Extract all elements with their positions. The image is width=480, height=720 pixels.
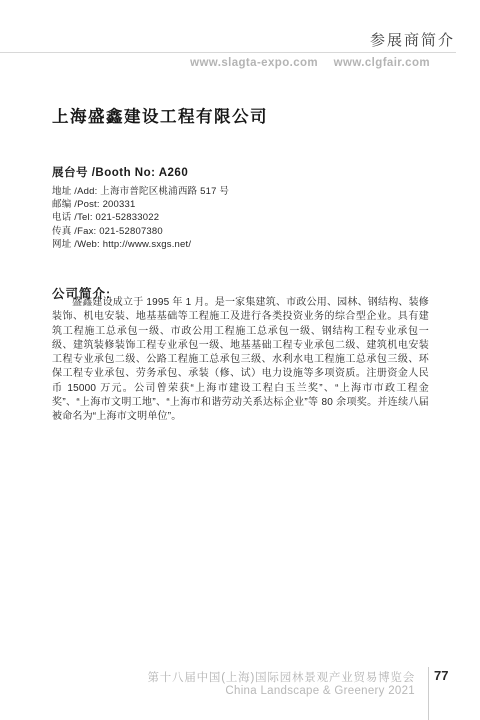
url-clgfair: www.clgfair.com [334, 57, 430, 69]
contact-postcode: 邮编 /Post: 200331 [52, 198, 229, 211]
page-number: 77 [434, 668, 448, 683]
contact-address: 地址 /Add: 上海市普陀区桃浦西路 517 号 [52, 185, 229, 198]
header-urls: www.slagta-expo.com www.clgfair.com [190, 57, 430, 69]
header-divider [0, 52, 456, 53]
contact-fax: 传真 /Fax: 021-52807380 [52, 225, 229, 238]
company-name: 上海盛鑫建设工程有限公司 [52, 103, 268, 127]
section-title: 参展商简介 [370, 29, 455, 50]
footer-expo-name-en: China Landscape & Greenery 2021 [225, 685, 415, 697]
booth-number: 展台号 /Booth No: A260 [52, 164, 188, 180]
contact-block: 地址 /Add: 上海市普陀区桃浦西路 517 号 邮编 /Post: 2003… [52, 185, 229, 251]
footer-expo-name-cn: 第十八届中国(上海)国际园林景观产业贸易博览会 [147, 669, 415, 685]
catalog-page: 参展商简介 www.slagta-expo.com www.clgfair.co… [0, 0, 480, 720]
company-intro-paragraph: 盛鑫建设成立于 1995 年 1 月。是一家集建筑、市政公用、园林、钢结构、装修… [52, 296, 429, 425]
footer-divider [428, 667, 429, 720]
url-slagta-expo: www.slagta-expo.com [190, 57, 318, 69]
contact-website: 网址 /Web: http://www.sxgs.net/ [52, 238, 229, 251]
contact-telephone: 电话 /Tel: 021-52833022 [52, 211, 229, 224]
